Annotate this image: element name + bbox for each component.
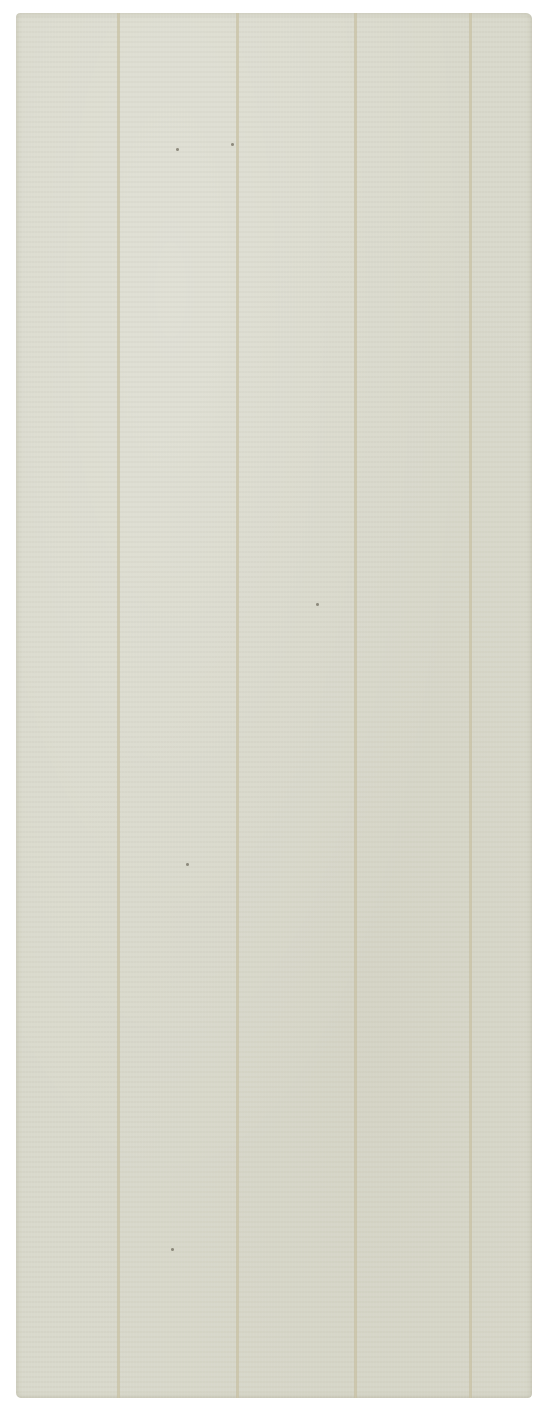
seam-line-1 [117,13,120,1398]
seam-line-3 [354,13,357,1398]
speck [186,863,189,866]
runner-rug [16,13,532,1398]
speck [231,143,234,146]
speck [171,1248,174,1251]
seam-line-4 [469,13,472,1398]
speck [316,603,319,606]
seam-line-2 [236,13,239,1398]
speck [176,148,179,151]
